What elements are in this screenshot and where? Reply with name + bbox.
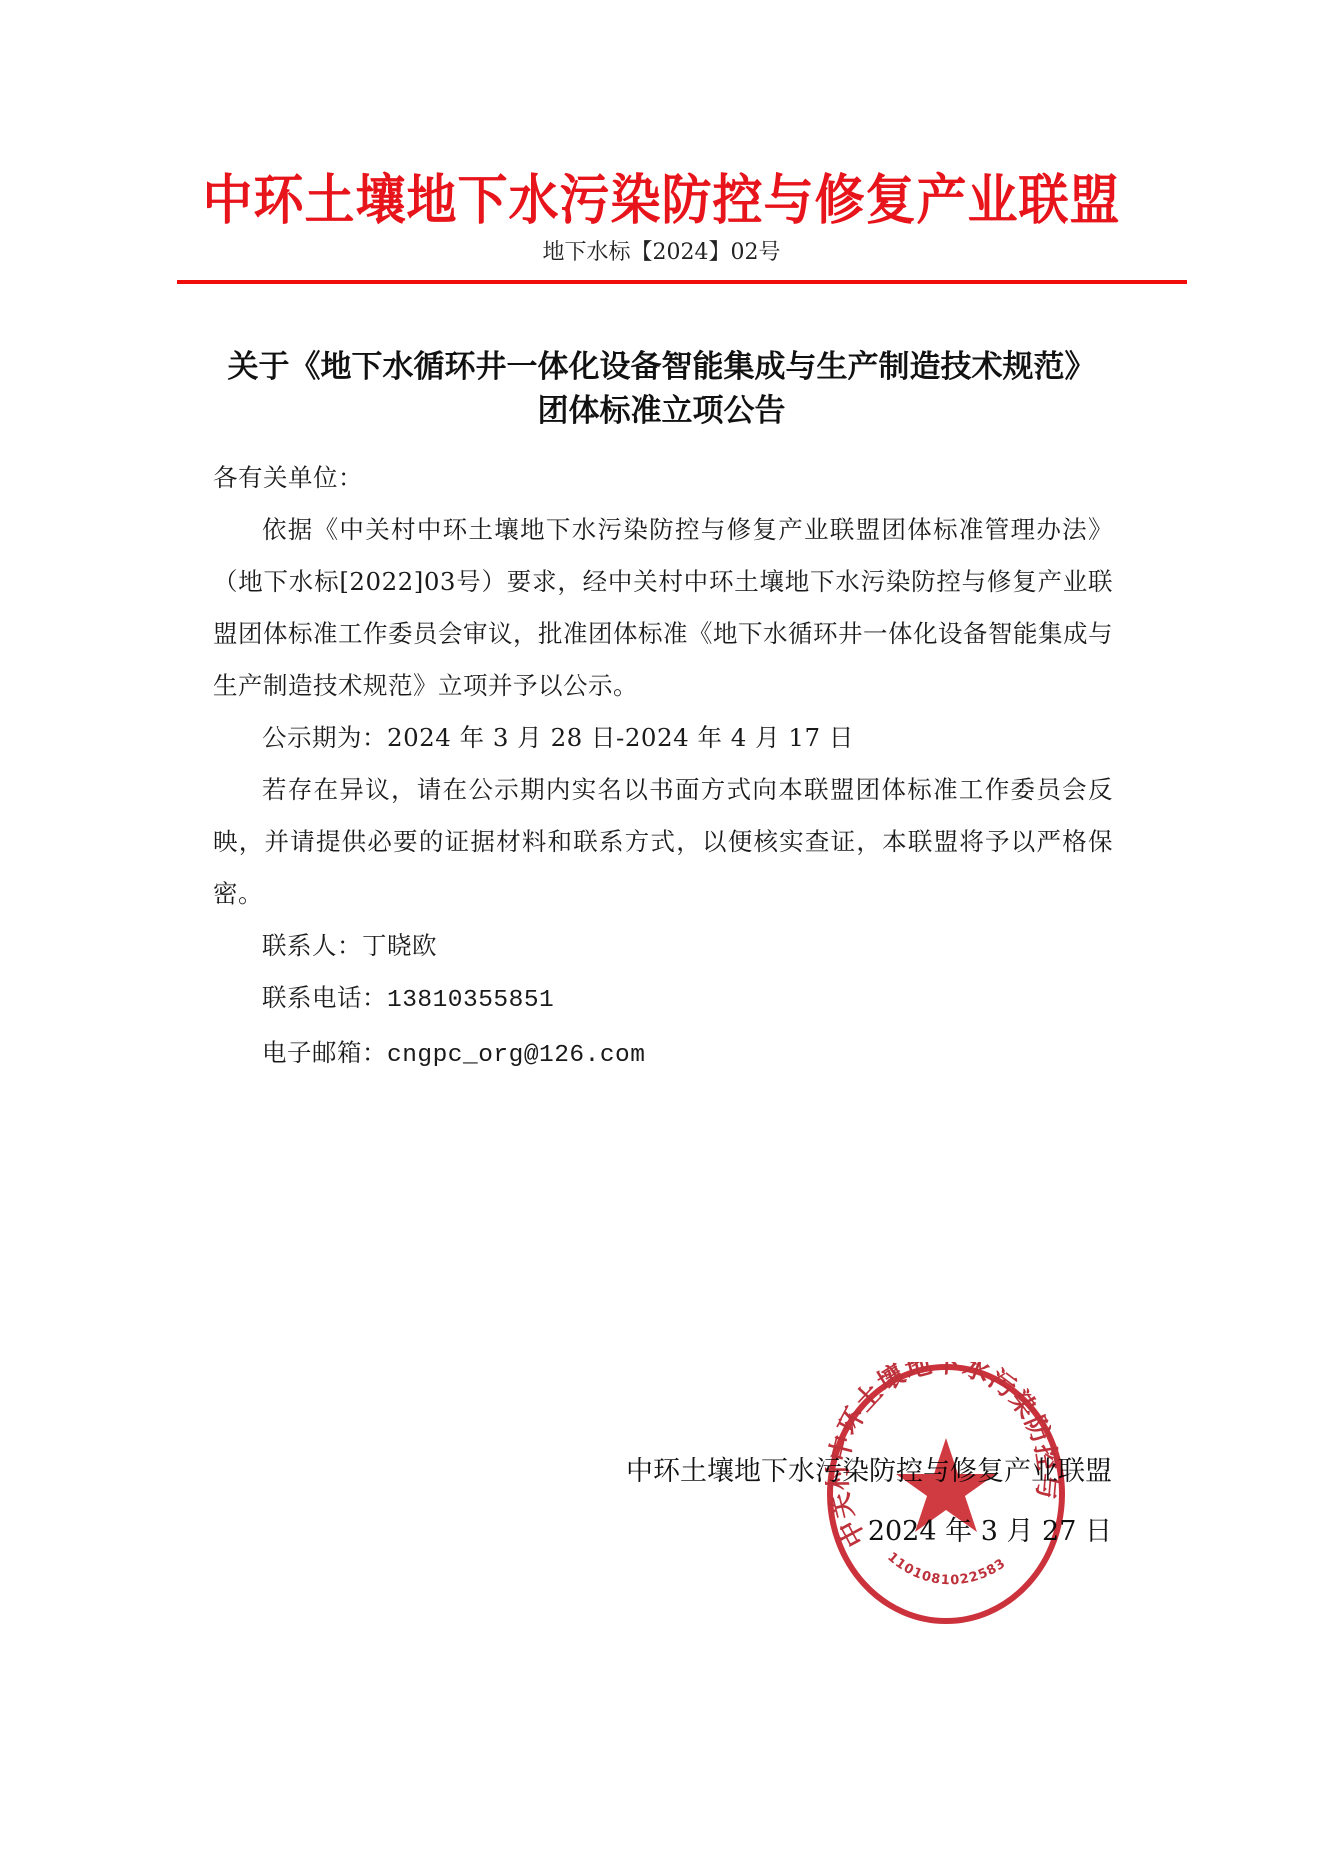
organization-header: 中环土壤地下水污染防控与修复产业联盟 — [0, 168, 1323, 233]
contact-phone-line: 联系电话：13810355851 — [213, 972, 1113, 1027]
official-seal: 中关村中环土壤地下水污染防控与修复产业联盟 1101081022583​4 — [825, 1362, 1067, 1626]
salutation: 各有关单位： — [213, 452, 1113, 504]
document-number: 地下水标【2024】02号 — [0, 238, 1323, 268]
notice-title-line1: 关于《地下水循环井一体化设备智能集成与生产制造技术规范》 — [0, 345, 1323, 389]
paragraph-approval: 依据《中关村中环土壤地下水污染防控与修复产业联盟团体标准管理办法》（地下水标[2… — [213, 504, 1113, 712]
header-divider — [177, 280, 1187, 284]
notice-body: 各有关单位： 依据《中关村中环土壤地下水污染防控与修复产业联盟团体标准管理办法》… — [213, 452, 1113, 1082]
contact-phone-label: 联系电话： — [262, 983, 387, 1012]
publicity-period: 公示期为：2024 年 3 月 28 日-2024 年 4 月 17 日 — [213, 712, 1113, 764]
contact-email-label: 电子邮箱： — [262, 1038, 387, 1067]
contact-email[interactable]: cngpc_org@126.com — [387, 1042, 645, 1069]
notice-title: 关于《地下水循环井一体化设备智能集成与生产制造技术规范》 团体标准立项公告 — [0, 345, 1323, 433]
contact-email-line: 电子邮箱：cngpc_org@126.com — [213, 1027, 1113, 1082]
paragraph-objection: 若存在异议，请在公示期内实名以书面方式向本联盟团体标准工作委员会反映，并请提供必… — [213, 764, 1113, 920]
contact-person: 联系人：丁晓欧 — [213, 920, 1113, 972]
notice-title-line2: 团体标准立项公告 — [0, 389, 1323, 433]
contact-phone: 13810355851 — [387, 987, 554, 1014]
star-icon — [896, 1438, 996, 1532]
